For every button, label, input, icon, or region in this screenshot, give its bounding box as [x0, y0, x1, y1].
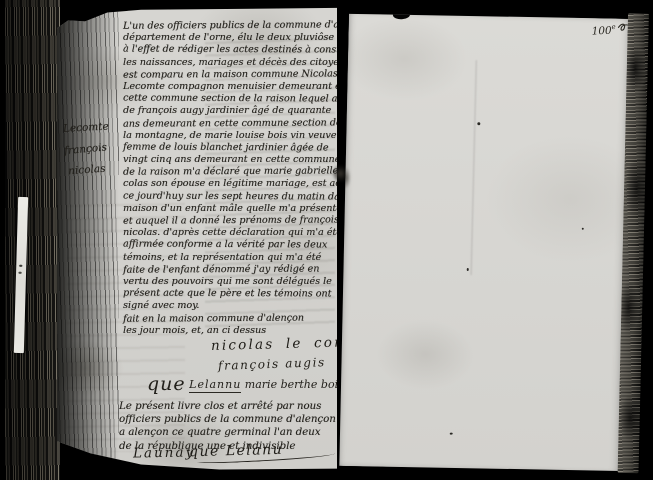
left-page: Lecomte françois nicolas L'un des offici… [57, 7, 337, 470]
manuscript-line: les naissances, mariages et décès des ci… [123, 57, 341, 69]
manuscript-line: la montagne, de marie louise bois vin ve… [123, 130, 341, 142]
manuscript-line: vertu des pouvoirs qui me sont délégués … [123, 276, 341, 288]
manuscript-line: Lecomte compagnon menuisier demeurant en [123, 81, 341, 93]
manuscript-line: de françois augy jardinier âgé de quaran… [123, 105, 341, 117]
paper-fold-line [471, 60, 477, 275]
manuscript-line: colas son épouse en légitime mariage, es… [123, 178, 341, 190]
signature-witness-line: que Lelannu marie berthe boisvin. [147, 373, 364, 395]
manuscript-line: présent acte que le père et les témoins … [123, 288, 341, 301]
manuscript-line: signé avec moy. [123, 300, 341, 312]
gutter-shadow [57, 7, 119, 470]
page-number-value: 100 [591, 25, 612, 38]
manuscript-line: ce jourd'huy sur les sept heures du mati… [123, 190, 341, 203]
act-body-text: L'un des officiers publics de la commune… [123, 20, 341, 337]
manuscript-line: faite de l'enfant dénommé j'ay rédigé en [123, 263, 341, 277]
manuscript-line: femme de louis blanchet jardinier âgée d… [123, 141, 341, 154]
signature-lelanu: que Lelanu [189, 442, 284, 460]
manuscript-line: fait en la maison commune d'alençon [123, 312, 341, 326]
signature-nicolas-leconte: nicolas le conte [211, 334, 363, 354]
manuscript-line: maison d'un enfant mâle quelle m'a prése… [123, 203, 341, 215]
signature-launay: Launay [133, 444, 195, 461]
right-page: 100e [338, 12, 631, 473]
manuscript-line: Le présent livre clos et arrêté par nous [119, 400, 329, 413]
manuscript-line: nicolas. d'après cette déclaration qui m… [123, 227, 341, 239]
signature-flourish: que [147, 373, 186, 395]
manuscript-line: L'un des officiers publics de la commune… [123, 19, 341, 33]
paper-speck [467, 268, 469, 271]
manuscript-line: vingt cinq ans demeurant en cette commun… [123, 154, 341, 166]
signature-name: Lelannu [189, 378, 241, 393]
manuscript-line: affirmée conforme a la vérité par les de… [123, 239, 341, 252]
manuscript-line: département de l'orne, élu le deux pluvi… [123, 32, 341, 44]
manuscript-line: est comparu en la maison commune Nicolas [123, 68, 341, 82]
manuscript-line: de la raison m'a déclaré que marie gabri… [123, 166, 341, 180]
manuscript-line: à l'effet de rédiger les actes destinés … [123, 44, 341, 57]
page-number-suffix: e [611, 23, 616, 31]
manuscript-line: officiers publics de la commune d'alenço… [119, 413, 329, 426]
manuscript-line: a alençon ce quatre germinal l'an deux [119, 426, 329, 439]
manuscript-line: et auquel il a donné les prénoms de fran… [123, 214, 341, 228]
page-tear-notch [393, 9, 411, 20]
spine-label-sticker [14, 197, 28, 353]
paper-speck [582, 228, 584, 230]
signature-francois-augis: françois augis [218, 355, 326, 373]
register-scan: Lecomte françois nicolas L'un des offici… [0, 0, 653, 480]
manuscript-line: témoins, et la représentation qui m'a ét… [123, 252, 341, 264]
paper-speck [450, 433, 453, 435]
book-binding [5, 0, 60, 480]
manuscript-line: ans demeurant en cette commune section d… [123, 117, 341, 131]
paper-speck [477, 122, 480, 125]
manuscript-line: cette commune section de la raison leque… [123, 93, 341, 106]
